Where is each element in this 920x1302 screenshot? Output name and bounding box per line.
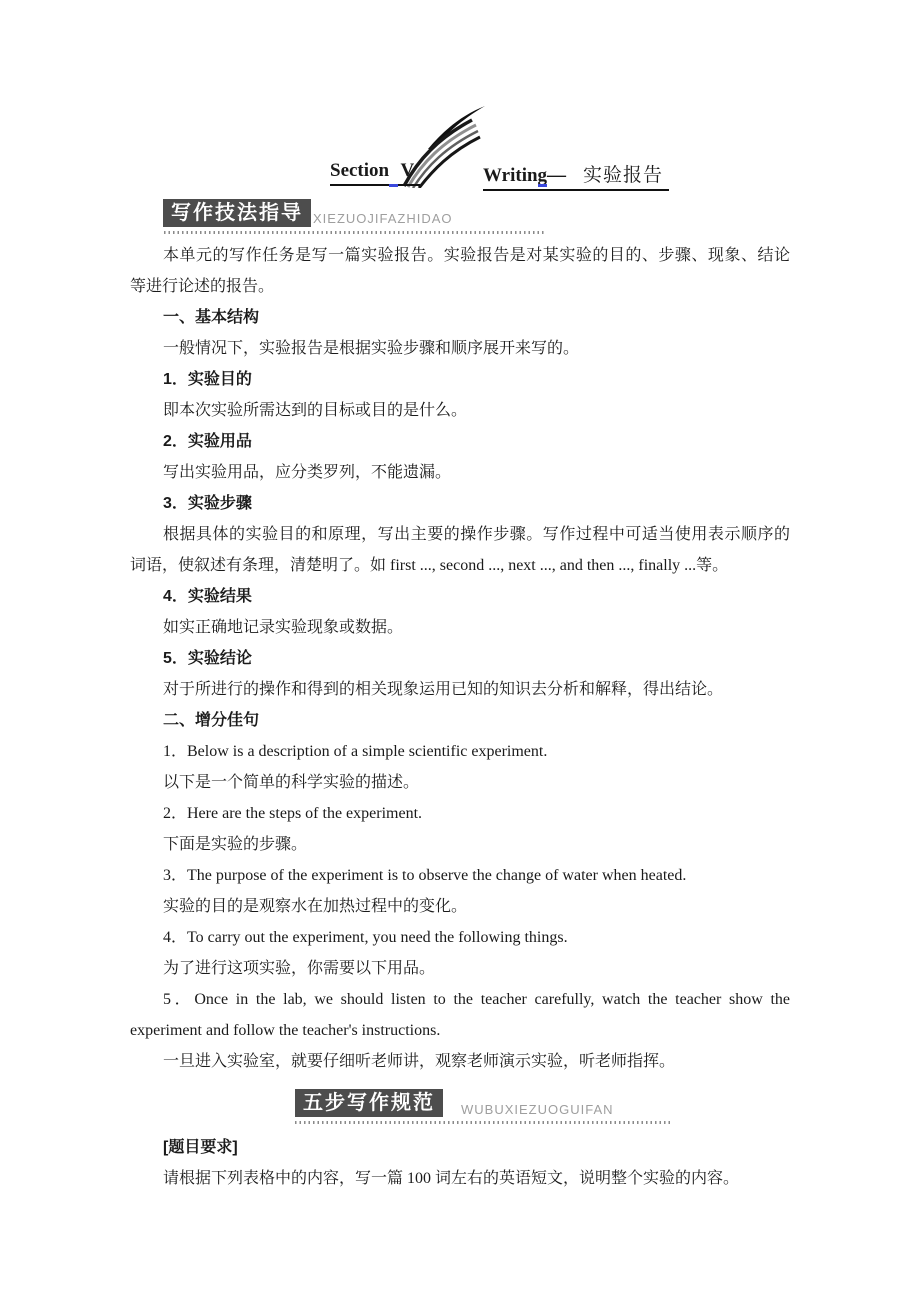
- text-line: 等进行论述的报告。: [130, 271, 790, 302]
- section-badge-writing-guide: 写作技法指导: [163, 199, 311, 227]
- badge-pinyin: WUBUXIEZUOGUIFAN: [461, 1102, 614, 1117]
- text-line: 本单元的写作任务是写一篇实验报告。实验报告是对某实验的目的、步骤、现象、结论: [130, 240, 790, 271]
- dotted-divider: [164, 231, 544, 234]
- text-line: 1．Below is a description of a simple sci…: [130, 736, 790, 767]
- text-line: 请根据下列表格中的内容，写一篇 100 词左右的英语短文，说明整个实验的内容。: [130, 1163, 790, 1194]
- writing-guide-text: 本单元的写作任务是写一篇实验报告。实验报告是对某实验的目的、步骤、现象、结论等进…: [130, 240, 790, 1077]
- badge-pinyin: XIEZUOJIFAZHIDAO: [313, 211, 453, 226]
- text-line: 5．Once in the lab, we should listen to t…: [130, 984, 790, 1015]
- text-line: 根据具体的实验目的和原理，写出主要的操作步骤。写作过程中可适当使用表示顺序的: [130, 519, 790, 550]
- text-line: 如实正确地记录实验现象或数据。: [130, 612, 790, 643]
- writing-title: Writing—实验报告: [483, 160, 669, 191]
- text-line: 一旦进入实验室，就要仔细听老师讲，观察老师演示实验，听老师指挥。: [130, 1046, 790, 1077]
- underline-accent-mark: [389, 184, 398, 187]
- topic-label: 实验报告: [583, 165, 663, 186]
- text-line: 一般情况下，实验报告是根据实验步骤和顺序展开来写的。: [130, 333, 790, 364]
- text-line: 写出实验用品，应分类罗列，不能遗漏。: [130, 457, 790, 488]
- subheading-line: 5．实验结论: [130, 643, 790, 674]
- text-line: 下面是实验的步骤。: [130, 829, 790, 860]
- text-line: 4．To carry out the experiment, you need …: [130, 922, 790, 953]
- section-title: Section V: [330, 160, 420, 186]
- text-line: 实验的目的是观察水在加热过程中的变化。: [130, 891, 790, 922]
- text-line: 以下是一个简单的科学实验的描述。: [130, 767, 790, 798]
- subheading-line: 3．实验步骤: [130, 488, 790, 519]
- text-line: 3．The purpose of the experiment is to ob…: [130, 860, 790, 891]
- dotted-divider: [295, 1121, 671, 1124]
- document-page: Section V Writing—实验报告 写作技法指导 XIEZUOJIFA…: [0, 0, 920, 1302]
- writing-label: Writing—: [483, 165, 566, 186]
- underline-accent-mark: [538, 184, 547, 187]
- subheading-line: 一、基本结构: [130, 302, 790, 333]
- subheading-line: [题目要求]: [130, 1132, 790, 1163]
- text-line: 为了进行这项实验，你需要以下用品。: [130, 953, 790, 984]
- section-badge-five-steps: 五步写作规范: [295, 1089, 443, 1117]
- text-line: 即本次实验所需达到的目标或目的是什么。: [130, 395, 790, 426]
- subheading-line: 1．实验目的: [130, 364, 790, 395]
- task-requirement-text: [题目要求]请根据下列表格中的内容，写一篇 100 词左右的英语短文，说明整个实…: [130, 1132, 790, 1194]
- text-line: experiment and follow the teacher's inst…: [130, 1015, 790, 1046]
- text-line: 对于所进行的操作和得到的相关现象运用已知的知识去分析和解释，得出结论。: [130, 674, 790, 705]
- subheading-line: 二、增分佳句: [130, 705, 790, 736]
- subheading-line: 4．实验结果: [130, 581, 790, 612]
- subheading-line: 2．实验用品: [130, 426, 790, 457]
- text-line: 词语，使叙述有条理，清楚明了。如 first ..., second ..., …: [130, 550, 790, 581]
- text-line: 2．Here are the steps of the experiment.: [130, 798, 790, 829]
